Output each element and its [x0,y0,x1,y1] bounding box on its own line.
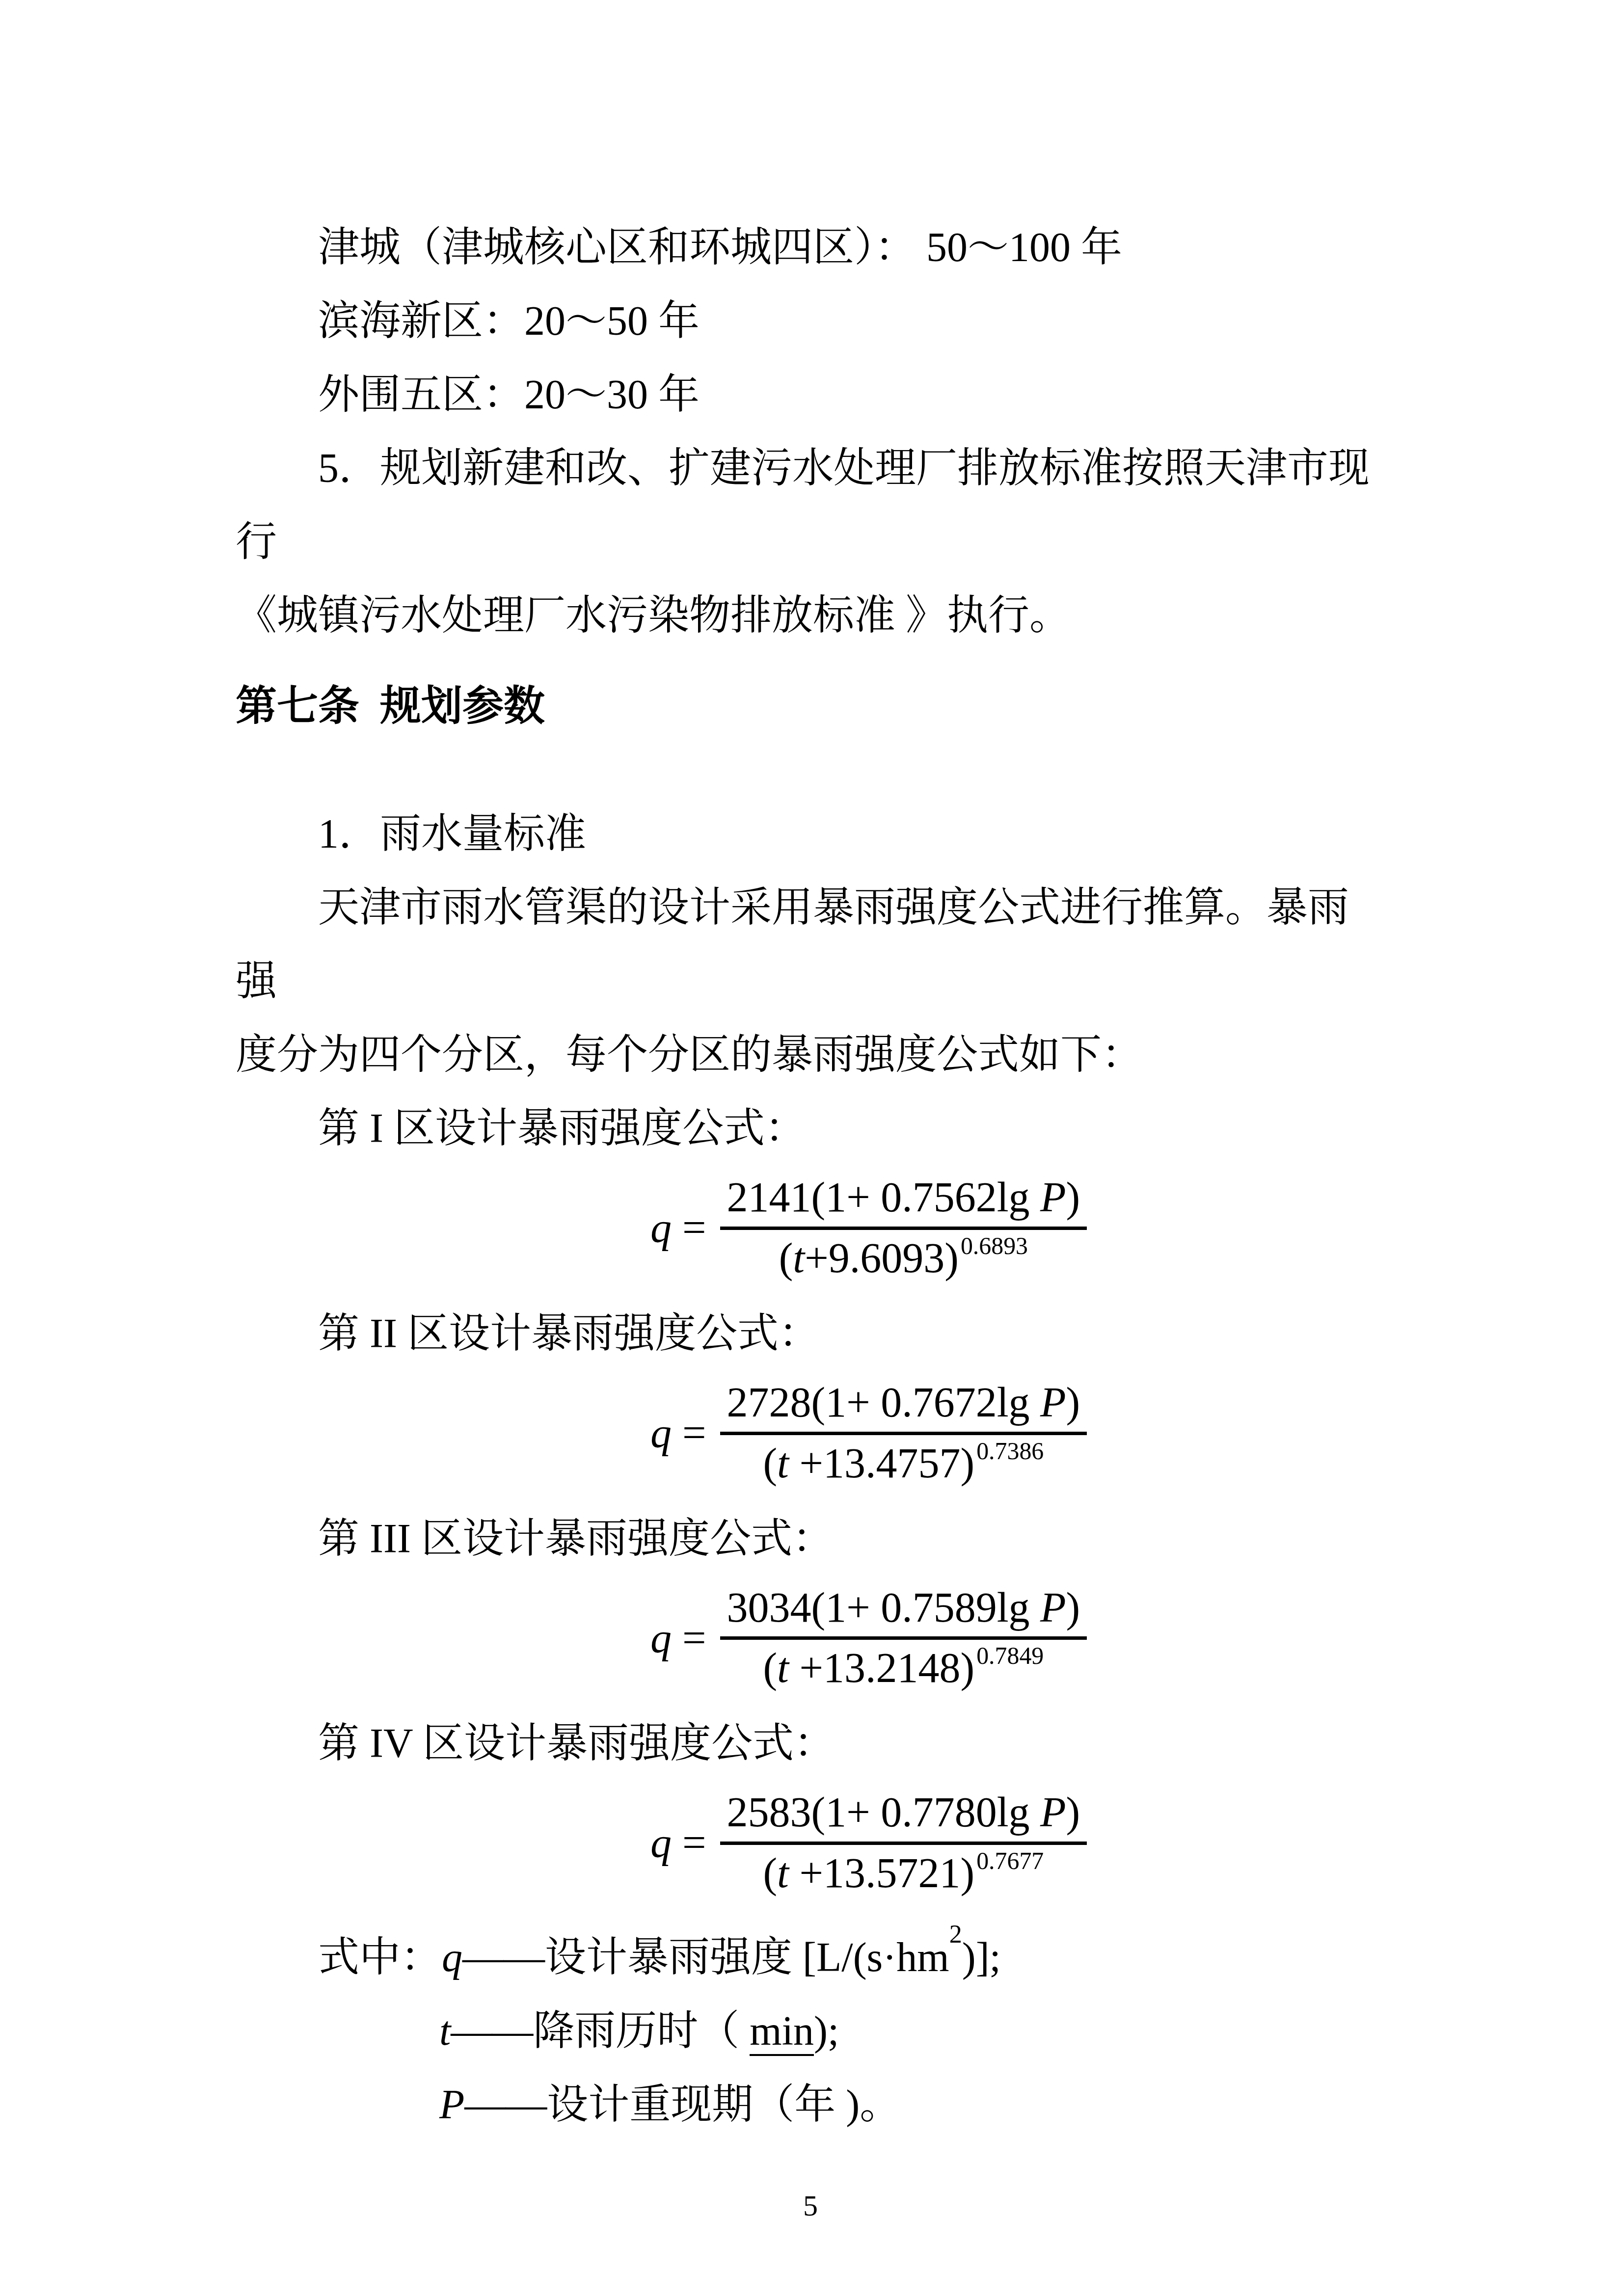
formula-4-label: 第 IV 区设计暴雨强度公式： [236,1707,1385,1781]
where-p-var: P [439,2082,464,2128]
formula-4: q = 2583(1+ 0.7780lg P) (t +13.5721)0.76… [236,1788,1385,1897]
where-t-min-unit: min [750,2008,814,2056]
formula-2-numerator: 2728(1+ 0.7672lg P) [720,1378,1087,1435]
formula-2-num-text: 2728(1+ 0.7672lg [727,1379,1041,1426]
where-t-text: 降雨历时（ [533,2008,750,2054]
formula-1-num-text: 2141(1+ 0.7562lg [727,1174,1041,1221]
where-t-dash: —— [451,2008,533,2054]
formula-1-numerator: 2141(1+ 0.7562lg P) [720,1173,1087,1230]
formula-3-num-var: P [1040,1584,1066,1631]
body-line-intro-part1: 天津市雨水管渠的设计采用暴雨强度公式进行推算。暴雨强 [236,871,1385,1018]
body-line-intro-part2: 度分为四个分区，每个分区的暴雨强度公式如下： [236,1018,1385,1092]
body-line-binhai: 滨海新区：20～50 年 [236,285,1385,358]
body-line-waiwei: 外围五区：20～30 年 [236,358,1385,432]
formula-4-lhs-var: q [650,1818,672,1867]
formula-4-den-open: ( [763,1849,777,1896]
formula-2-equals-sign: = [682,1409,706,1457]
where-line-q: 式中：q——设计暴雨强度 [L/(s·hm2)]; [236,1912,1385,1995]
formula-3-exponent: 0.7849 [976,1642,1044,1669]
formula-1-num-close: ) [1066,1174,1080,1221]
formula-2-den-open: ( [763,1440,777,1487]
body-line-jincheng: 津城（津城核心区和环城四区）： 50～100 年 [236,211,1385,285]
formula-4-numerator: 2583(1+ 0.7780lg P) [720,1788,1087,1845]
where-q-text: 设计暴雨强度 [L/(s·hm [545,1935,949,1980]
formula-1: q = 2141(1+ 0.7562lg P) (t+9.6093)0.6893 [236,1173,1385,1282]
formula-4-den-var: t [777,1849,789,1896]
formula-2: q = 2728(1+ 0.7672lg P) (t +13.4757)0.73… [236,1378,1385,1488]
formula-4-exponent: 0.7677 [976,1847,1044,1874]
where-line-p: P——设计重现期（年 )。 [236,2068,1385,2142]
formula-4-den-text: +13.5721) [789,1849,974,1896]
formula-1-den-text: +9.6093) [805,1234,959,1281]
formula-4-denominator: (t +13.5721)0.7677 [720,1845,1087,1897]
formula-2-denominator: (t +13.4757)0.7386 [720,1435,1087,1488]
formula-1-label: 第 I 区设计暴雨强度公式： [236,1092,1385,1166]
formula-3-equals-sign: = [682,1614,706,1662]
formula-1-den-open: ( [779,1234,793,1281]
formula-1-den-var: t [793,1234,805,1281]
formula-1-fraction: 2141(1+ 0.7562lg P) (t+9.6093)0.6893 [720,1173,1087,1282]
formula-1-num-var: P [1040,1174,1066,1221]
formula-3-den-text: +13.2148) [789,1644,974,1691]
formula-4-num-var: P [1040,1789,1066,1836]
page-number: 5 [236,2169,1385,2243]
where-q-dash: —— [462,1935,545,1980]
formula-3-den-open: ( [763,1644,777,1691]
where-t-var: t [439,2008,451,2054]
formula-1-lhs-var: q [650,1203,672,1252]
formula-4-num-close: ) [1066,1789,1080,1836]
formula-1-exponent: 0.6893 [961,1232,1028,1259]
formula-3-fraction: 3034(1+ 0.7589lg P) (t +13.2148)0.7849 [720,1583,1087,1693]
body-line-item5-part1: 5．规划新建和改、扩建污水处理厂排放标准按照天津市现行 [236,432,1385,579]
formula-2-label: 第 II 区设计暴雨强度公式： [236,1297,1385,1371]
document-page: 津城（津城核心区和环城四区）： 50～100 年 滨海新区：20～50 年 外围… [0,0,1616,2296]
formula-4-num-text: 2583(1+ 0.7780lg [727,1789,1041,1836]
formula-1-equals-sign: = [682,1203,706,1252]
body-line-item5-part2: 《城镇污水处理厂水污染物排放标准 》执行。 [236,579,1385,653]
formula-3-denominator: (t +13.2148)0.7849 [720,1640,1087,1692]
where-q-superscript: 2 [949,1921,962,1949]
formula-2-lhs-var: q [650,1409,672,1457]
formula-3-num-text: 3034(1+ 0.7589lg [727,1584,1041,1631]
formula-1-denominator: (t+9.6093)0.6893 [720,1230,1087,1282]
where-p-dash: —— [464,2082,547,2128]
where-p-text: 设计重现期（年 )。 [547,2082,901,2128]
formula-4-equals-sign: = [682,1818,706,1867]
where-line-t: t——降雨历时（ min); [236,1995,1385,2068]
formula-3-den-var: t [777,1644,789,1691]
where-q-suffix: )]; [962,1935,1001,1980]
formula-2-fraction: 2728(1+ 0.7672lg P) (t +13.4757)0.7386 [720,1378,1087,1488]
formula-3-lhs-var: q [650,1614,672,1662]
where-q-var: q [442,1935,462,1980]
where-t-suffix: ); [814,2008,839,2054]
formula-2-den-text: +13.4757) [789,1440,974,1487]
formula-3: q = 3034(1+ 0.7589lg P) (t +13.2148)0.78… [236,1583,1385,1693]
formula-3-num-close: ) [1066,1584,1080,1631]
section-heading: 第七条 规划参数 [236,670,1385,744]
formula-2-den-var: t [777,1440,789,1487]
formula-2-exponent: 0.7386 [976,1438,1044,1465]
formula-2-num-close: ) [1066,1379,1080,1426]
where-prefix: 式中： [318,1935,442,1980]
formula-3-numerator: 3034(1+ 0.7589lg P) [720,1583,1087,1640]
body-line-rainfall-standard: 1．雨水量标准 [236,798,1385,871]
formula-4-fraction: 2583(1+ 0.7780lg P) (t +13.5721)0.7677 [720,1788,1087,1897]
formula-2-num-var: P [1040,1379,1066,1426]
formula-3-label: 第 III 区设计暴雨强度公式： [236,1502,1385,1576]
